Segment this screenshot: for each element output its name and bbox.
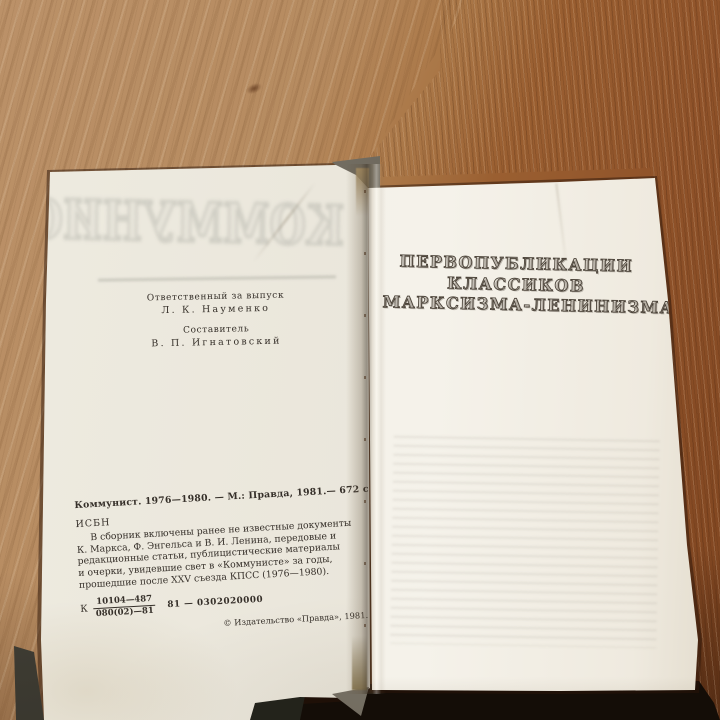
imprint-block: Коммунист. 1976—1980. — М.: Правда, 1981…	[74, 484, 363, 635]
credits-block: Ответственный за выпуск Л. К. Науменко С…	[117, 290, 314, 351]
half-title: ПЕРВОПУБЛИКАЦИИ КЛАССИКОВ МАРКСИЗМА-ЛЕНИ…	[382, 251, 649, 318]
gutter-stitching	[364, 190, 366, 670]
half-title-line: МАРКСИЗМА-ЛЕНИНИЗМА	[382, 292, 648, 318]
bleed-through-text-lines	[390, 436, 660, 649]
annotation-paragraph: В сборник включены ранее не известные до…	[76, 517, 361, 591]
index-denominator: 080(02)—81	[94, 606, 156, 620]
index-fraction: 10104—487 080(02)—81	[93, 594, 156, 619]
bleed-through-underline	[98, 275, 336, 281]
bleed-through-masthead: КОММУНИСТ	[81, 189, 344, 258]
index-code: 81 — 0302020000	[167, 594, 263, 609]
photo-scene: КОММУНИСТ Ответственный за выпуск Л. К. …	[0, 0, 720, 720]
copyright-line: © Издательство «Правда», 1981.	[223, 610, 363, 628]
index-prefix: К	[80, 604, 88, 615]
book-gutter	[346, 164, 386, 694]
